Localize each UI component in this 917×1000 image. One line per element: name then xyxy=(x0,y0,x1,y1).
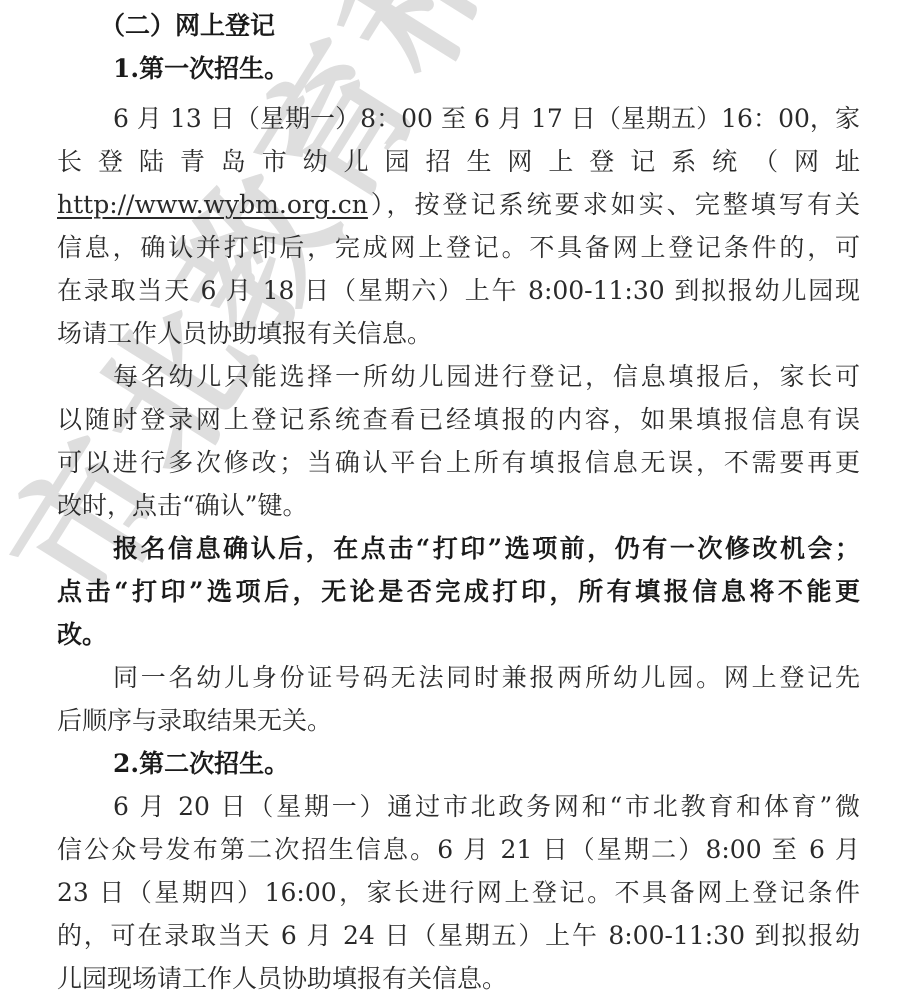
paragraph-line: 6 月 20 日（星期一）通过市北政务网和“市北教育和体育”微 xyxy=(113,785,860,828)
paragraph-line: 后顺序与录取结果无关。 xyxy=(57,699,860,742)
paragraph-line: 改时，点击“确认”键。 xyxy=(57,484,860,527)
paragraph-line-text: ，按登记系统要求如实、完整填写有关 xyxy=(386,190,860,219)
paragraph-line: 同一名幼儿身份证号码无法同时兼报两所幼儿园。网上登记先 xyxy=(113,656,860,699)
paragraph-line-with-url: http://www.wybm.org.cn），按登记系统要求如实、完整填写有关 xyxy=(57,183,860,226)
paragraph-line: 长登陆青岛市幼儿园招生网上登记系统（网址 xyxy=(57,140,860,183)
paragraph-line: 可以进行多次修改；当确认平台上所有填报信息无误，不需要再更 xyxy=(57,441,860,484)
registration-url-link[interactable]: http://www.wybm.org.cn xyxy=(57,190,368,219)
paragraph-line: 以随时登录网上登记系统查看已经填报的内容，如果填报信息有误 xyxy=(57,398,860,441)
url-close-paren: ） xyxy=(368,190,387,219)
document-page: （二）网上登记 1.第一次招生。 6 月 13 日（星期一）8：00 至 6 月… xyxy=(0,0,917,1000)
section-title: （二）网上登记 xyxy=(100,4,500,47)
paragraph-line: 23 日（星期四）16:00，家长进行网上登记。不具备网上登记条件 xyxy=(57,871,860,914)
paragraph-line: 6 月 13 日（星期一）8：00 至 6 月 17 日（星期五）16：00，家 xyxy=(113,97,860,140)
subsection-heading-2: 2.第二次招生。 xyxy=(113,742,860,785)
paragraph-line: 的，可在录取当天 6 月 24 日（星期五）上午 8:00-11:30 到拟报幼 xyxy=(57,914,860,957)
emphasis-line: 点击“打印”选项后，无论是否完成打印，所有填报信息将不能更 xyxy=(57,570,860,613)
paragraph-line: 在录取当天 6 月 18 日（星期六）上午 8:00-11:30 到拟报幼儿园现 xyxy=(57,269,860,312)
paragraph-line: 每名幼儿只能选择一所幼儿园进行登记，信息填报后，家长可 xyxy=(113,355,860,398)
paragraph-line: 信息，确认并打印后，完成网上登记。不具备网上登记条件的，可 xyxy=(57,226,860,269)
paragraph-line: 场请工作人员协助填报有关信息。 xyxy=(57,312,860,355)
paragraph-line: 儿园现场请工作人员协助填报有关信息。 xyxy=(57,957,860,1000)
emphasis-line: 报名信息确认后，在点击“打印”选项前，仍有一次修改机会； xyxy=(113,527,860,570)
subsection-heading-1: 1.第一次招生。 xyxy=(113,47,860,90)
paragraph-line: 信公众号发布第二次招生信息。6 月 21 日（星期二）8:00 至 6 月 xyxy=(57,828,860,871)
emphasis-line: 改。 xyxy=(57,613,860,656)
